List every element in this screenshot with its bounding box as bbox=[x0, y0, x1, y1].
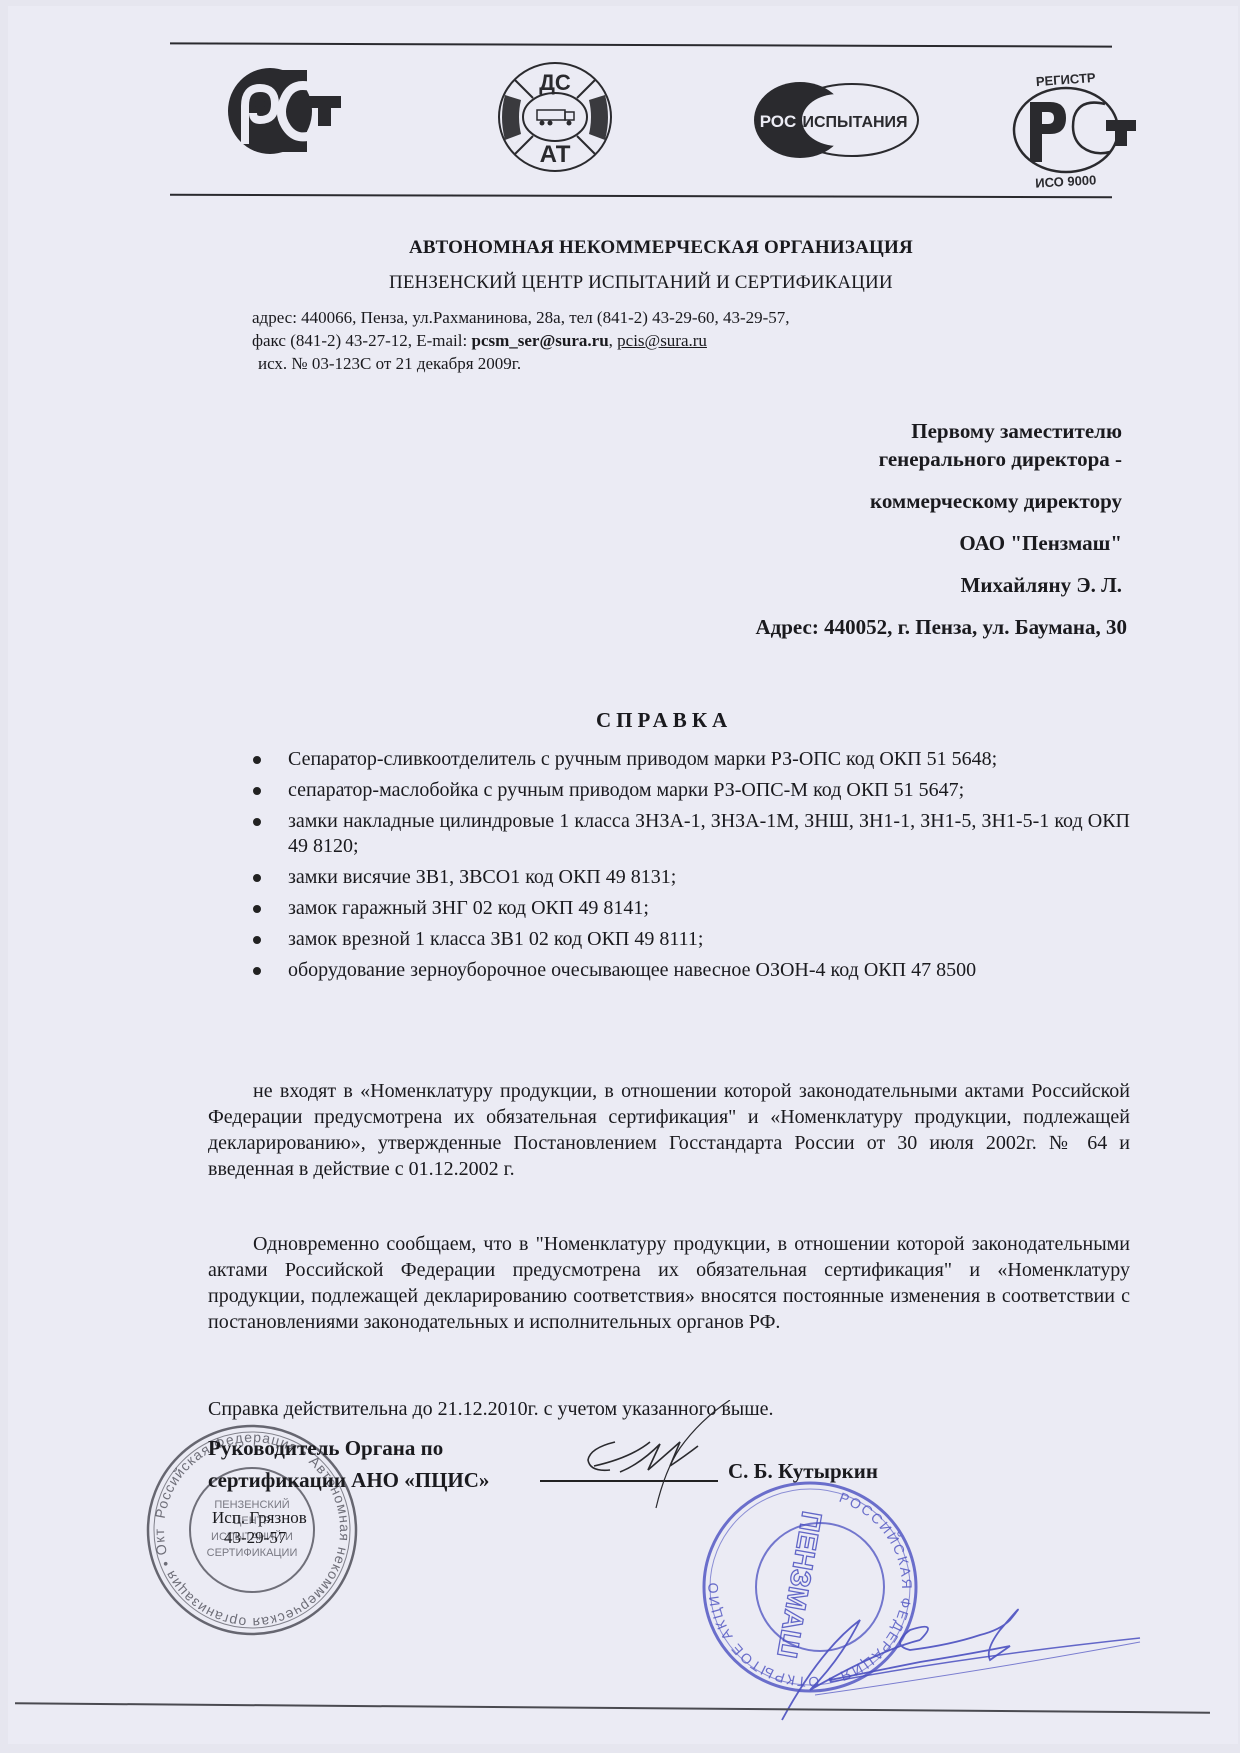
list-item: оборудование зерноуборочное очесывающее … bbox=[250, 958, 1130, 983]
signatory-title-line-1: Руководитель Органа по bbox=[208, 1432, 489, 1464]
address-line: адрес: 440066, Пенза, ул.Рахманинова, 28… bbox=[252, 306, 790, 329]
svg-text:СЕРТИФИКАЦИИ: СЕРТИФИКАЦИИ bbox=[207, 1547, 298, 1559]
svg-text:АТ: АТ bbox=[540, 141, 571, 168]
signatory-title-line-2: сертификации АНО «ПЦИС» bbox=[208, 1464, 489, 1496]
recipient-block: Первому заместителю генерального директо… bbox=[755, 410, 1122, 648]
bullet-icon bbox=[253, 905, 261, 913]
svg-text:ИСО 9000: ИСО 9000 bbox=[1035, 172, 1097, 190]
organization-title: АВТОНОМНАЯ НЕКОММЕРЧЕСКАЯ ОРГАНИЗАЦИЯ bbox=[409, 237, 913, 259]
bullet-icon bbox=[253, 818, 261, 826]
list-item: замок врезной 1 класса ЗВ1 02 код ОКП 49… bbox=[250, 927, 1130, 952]
list-item: замки накладные цилиндровые 1 класса ЗНЗ… bbox=[250, 809, 1130, 859]
recipient-line: генерального директора - bbox=[755, 438, 1122, 480]
bullet-icon bbox=[253, 874, 261, 882]
executor-name: Исп. Грязнов bbox=[212, 1508, 307, 1528]
svg-text:РЕГИСТР: РЕГИСТР bbox=[1035, 70, 1096, 89]
bullet-icon bbox=[253, 787, 261, 795]
list-item: замок гаражный ЗНГ 02 код ОКП 49 8141; bbox=[250, 896, 1130, 921]
recipient-address: Адрес: 440052, г. Пенза, ул. Баумана, 30 bbox=[755, 606, 1127, 648]
email-link-1[interactable]: pcsm_ser@sura.ru bbox=[471, 331, 608, 350]
registr-iso-logo-icon: РЕГИСТР ИСО 9000 bbox=[1010, 62, 1140, 192]
bullet-icon bbox=[253, 936, 261, 944]
signatory-title: Руководитель Органа по сертификации АНО … bbox=[208, 1432, 489, 1496]
email-link-2[interactable]: pcis@sura.ru bbox=[617, 331, 707, 350]
email-separator: , bbox=[609, 331, 618, 350]
bullet-icon bbox=[253, 967, 261, 975]
organization-subtitle: ПЕНЗЕНСКИЙ ЦЕНТР ИСПЫТАНИЙ И СЕРТИФИКАЦИ… bbox=[389, 272, 893, 294]
executor-phone: 43-29-57 bbox=[224, 1528, 307, 1548]
fax-email-line: факс (841-2) 43-27-12, E-mail: pcsm_ser@… bbox=[252, 329, 790, 352]
list-item: замки висячие ЗВ1, ЗВСО1 код ОКП 49 8131… bbox=[250, 865, 1130, 890]
fax-label: факс (841-2) 43-27-12, E-mail: bbox=[252, 331, 471, 350]
outgoing-reference: исх. № 03-123С от 21 декабря 2009г. bbox=[258, 352, 790, 375]
executor-block: Исп. Грязнов 43-29-57 bbox=[212, 1508, 307, 1548]
recipient-name: Михайляну Э. Л. bbox=[755, 564, 1122, 606]
rosispytaniya-logo-icon: РОС ИСПЫТАНИЯ bbox=[752, 80, 922, 160]
svg-text:ДС: ДС bbox=[539, 70, 571, 95]
ds-at-logo-icon: ДС АТ bbox=[495, 60, 615, 175]
contact-block: адрес: 440066, Пенза, ул.Рахманинова, 28… bbox=[252, 306, 790, 375]
blue-signature-icon bbox=[770, 1590, 1150, 1725]
body-paragraph-2: Одновременно сообщаем, что в "Номенклату… bbox=[208, 1231, 1130, 1335]
body-paragraph-1: не входят в «Номенклатуру продукции, в о… bbox=[208, 1078, 1130, 1182]
rst-logo-icon bbox=[215, 58, 355, 168]
document-title: СПРАВКА bbox=[596, 708, 732, 733]
list-item: Сепаратор-сливкоотделитель с ручным прив… bbox=[250, 747, 1130, 772]
bullet-icon bbox=[253, 756, 261, 764]
list-item: сепаратор-маслобойка с ручным приводом м… bbox=[250, 778, 1130, 803]
svg-text:ИСПЫТАНИЯ: ИСПЫТАНИЯ bbox=[802, 114, 907, 131]
recipient-company: ОАО "Пензмаш" bbox=[755, 522, 1122, 564]
recipient-line: коммерческому директору bbox=[755, 480, 1122, 522]
svg-text:РОС: РОС bbox=[760, 112, 797, 131]
product-list: Сепаратор-сливкоотделитель с ручным прив… bbox=[250, 747, 1130, 989]
